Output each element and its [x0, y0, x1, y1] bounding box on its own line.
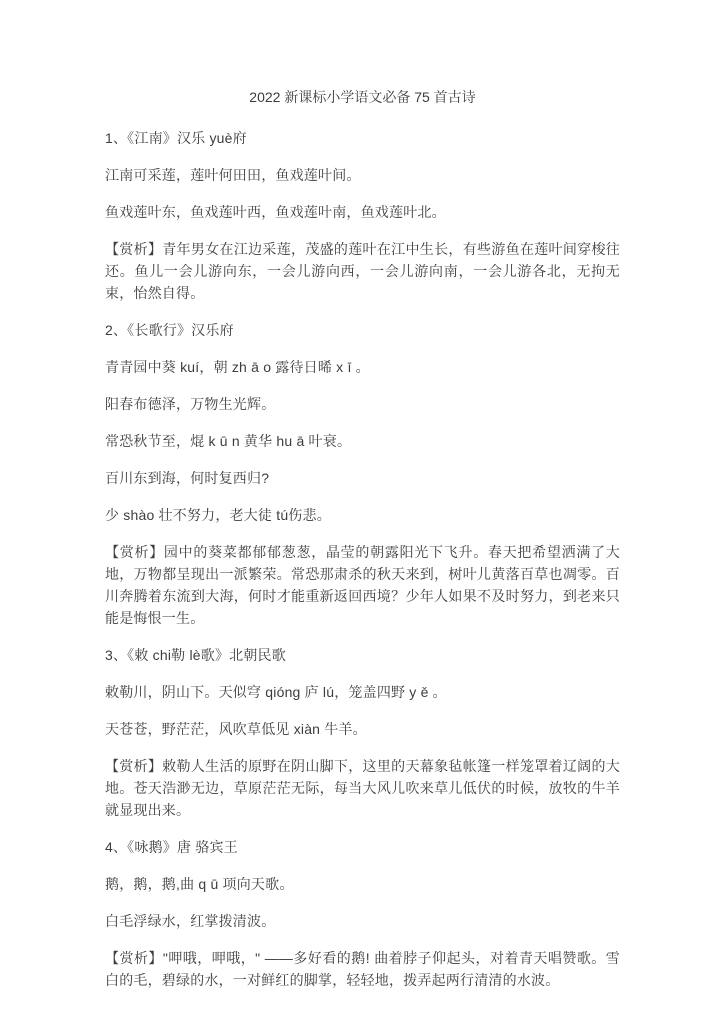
poem-3-line-2: 天苍苍，野茫茫，风吹草低见 xiàn 牛羊。 [105, 718, 620, 740]
poem-1-line-2: 鱼戏莲叶东，鱼戏莲叶西，鱼戏莲叶南，鱼戏莲叶北。 [105, 201, 620, 223]
poem-2-heading: 2、《长歌行》汉乐府 [105, 319, 620, 341]
poem-2-line-2: 阳春布德泽，万物生光辉。 [105, 393, 620, 415]
poem-3-heading: 3、《敕 chi勒 lè歌》北朝民歌 [105, 644, 620, 666]
poem-4-line-1: 鹅，鹅，鹅,曲 q ū 项向天歌。 [105, 873, 620, 895]
poem-1-line-1: 江南可采莲，莲叶何田田，鱼戏莲叶间。 [105, 164, 620, 186]
document-page: 2022 新课标小学语文必备 75 首古诗 1、《江南》汉乐 yuè府 江南可采… [0, 0, 724, 1024]
poem-2-line-5: 少 shào 壮不努力，老大徒 tú伤悲。 [105, 504, 620, 526]
page-title: 2022 新课标小学语文必备 75 首古诗 [105, 86, 620, 108]
poem-4-line-2: 白毛浮绿水，红掌拨清波。 [105, 910, 620, 932]
poem-2-line-3: 常恐秋节至，焜 k ū n 黄华 hu ā 叶衰。 [105, 430, 620, 452]
poem-4-heading: 4、《咏鹅》唐 骆宾王 [105, 836, 620, 858]
poem-2-analysis: 【赏析】园中的葵菜都郁郁葱葱，晶莹的朝露阳光下飞升。春天把希望洒满了大地，万物都… [105, 541, 620, 629]
poem-3-line-1: 敕勒川，阴山下。天似穹 qióng 庐 lú，笼盖四野 y ě 。 [105, 681, 620, 703]
poem-1-analysis: 【赏析】青年男女在江边采莲，茂盛的莲叶在江中生长，有些游鱼在莲叶间穿梭往还。鱼儿… [105, 238, 620, 304]
poem-4-analysis: 【赏析】"呷哦，呷哦，" ——多好看的鹅! 曲着脖子仰起头，对着青天唱赞歌。雪白… [105, 947, 620, 991]
poem-2-line-4: 百川东到海，何时复西归? [105, 467, 620, 489]
poem-3-analysis: 【赏析】敕勒人生活的原野在阴山脚下，这里的天幕象毡帐篷一样笼罩着辽阔的大地。苍天… [105, 755, 620, 821]
poem-2-line-1: 青青园中葵 kuí，朝 zh ā o 露待日晞 x ī 。 [105, 356, 620, 378]
poem-1-heading: 1、《江南》汉乐 yuè府 [105, 127, 620, 149]
